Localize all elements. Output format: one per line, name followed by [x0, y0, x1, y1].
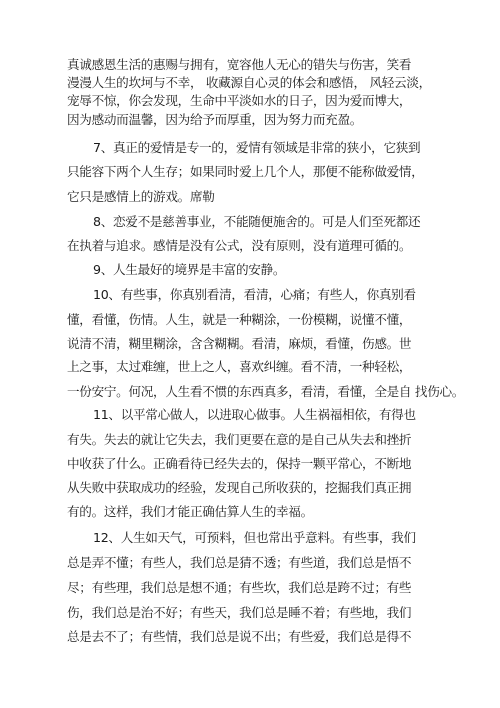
paragraph-10-line: 说清不清，糊里糊涂，含含糊糊。看清，麻烦，看懂，伤感。世 — [67, 336, 411, 352]
intro-line: 漫漫人生的坎坷与不幸， 收藏源自心灵的体会和感悟， 风轻云淡， — [67, 75, 431, 91]
paragraph-12-line: 总是去不了；有些情，我们总是说不出；有些爱，我们总是得不 — [67, 629, 411, 645]
paragraph-11-line: 中收获了什么。正确看待已经失去的，保持一颗平常心，不断地 — [67, 456, 411, 472]
paragraph-11-line: 11、以平常心做人，以进取心做事。人生祸福相依，有得也 — [93, 407, 416, 423]
intro-line: 因为感动而温馨，因为给予而厚重，因为努力而充盈。 — [67, 112, 362, 128]
paragraph-10-line: 一份安宁。何况，人生看不惯的东西真多，看清，看懂，全是自 找伤心。 — [67, 384, 464, 400]
paragraph-12-line: 总是弄不懂；有些人，我们总是猜不透；有些道，我们总是悟不 — [67, 555, 411, 571]
document-page: 真诚感恩生活的惠赐与拥有，宽容他人无心的错失与伤害，笑看 漫漫人生的坎坷与不幸，… — [0, 0, 500, 708]
paragraph-8-line: 在执着与追求。感情是没有公式，没有原则，没有道理可循的。 — [67, 238, 411, 254]
paragraph-11-line: 有失。失去的就让它失去，我们更要在意的是自己从失去和挫折 — [67, 432, 411, 448]
paragraph-10-line: 懂，看懂，伤情。人生，就是一种糊涂，一份模糊，说懂不懂， — [67, 312, 411, 328]
paragraph-7-line: 它只是感情上的游戏。席勒 — [67, 189, 215, 205]
paragraph-10-line: 上之事，太过难缠，世上之人，喜欢纠缠。看不清，一种轻松， — [67, 359, 411, 375]
paragraph-12-line: 尽；有些理，我们总是想不通；有些坎，我们总是跨不过；有些 — [67, 580, 411, 596]
paragraph-11-line: 有的。这样，我们才能正确估算人生的幸福。 — [67, 504, 313, 520]
paragraph-12-line: 12、人生如天气，可预料，但也常出乎意料。有些事，我们 — [93, 530, 416, 546]
paragraph-7-line: 7、真正的爱情是专一的，爱情有领域是非常的狭小，它狭到 — [93, 140, 420, 156]
paragraph-12-line: 伤，我们总是治不好；有些天，我们总是睡不着；有些地，我们 — [67, 605, 411, 621]
paragraph-10-line: 10、有些事，你真别看清，看清，心痛；有些人，你真别看 — [93, 287, 416, 303]
paragraph-7-line: 只能容下两个人生存；如果同时爱上几个人，那便不能称做爱情， — [67, 164, 424, 180]
paragraph-11-line: 从失败中获取成功的经验，发现自己所收获的，挖掘我们真正拥 — [67, 480, 411, 496]
intro-line: 宠辱不惊，你会发现，生命中平淡如水的日子，因为爱而博大， — [67, 93, 411, 109]
paragraph-8-line: 8、恋爱不是慈善事业，不能随便施舍的。可是人们至死都还 — [93, 214, 420, 230]
intro-line: 真诚感恩生活的惠赐与拥有，宽容他人无心的错失与伤害，笑看 — [67, 57, 411, 73]
paragraph-9-line: 9、人生最好的境界是丰富的安静。 — [93, 262, 285, 278]
